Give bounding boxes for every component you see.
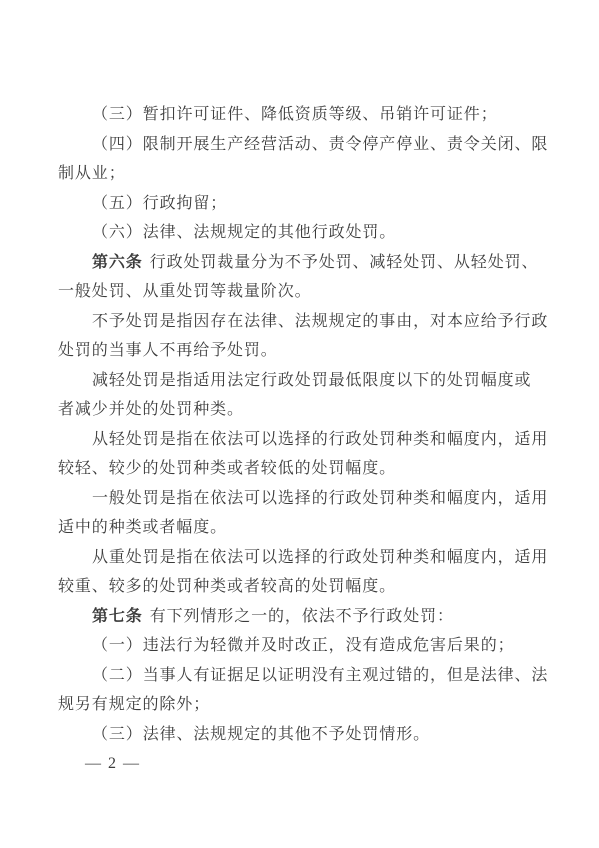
paragraph: 第六条行政处罚裁量分为不予处罚、减轻处罚、从轻处罚、一般处罚、从重处罚等裁量阶次… [58, 248, 559, 307]
text-line: 第六条行政处罚裁量分为不予处罚、减轻处罚、从轻处罚、 [58, 248, 559, 278]
text-line: 处罚的当事人不再给予处罚。 [58, 336, 559, 366]
line-text: 一般处罚、从重处罚等裁量阶次。 [58, 283, 312, 300]
text-line: 第七条有下列情形之一的，依法不予行政处罚： [58, 602, 559, 632]
article-number: 第七条 [92, 608, 143, 625]
paragraph: （二）当事人有证据足以证明没有主观过错的，但是法律、法规另有规定的除外； [58, 661, 559, 720]
text-line: 从轻处罚是指在依法可以选择的行政处罚种类和幅度内，适用 [58, 425, 559, 455]
document-page: （三）暂扣许可证件、降低资质等级、吊销许可证件；（四）限制开展生产经营活动、责令… [0, 0, 599, 848]
line-text: （一）违法行为轻微并及时改正，没有造成危害后果的； [92, 637, 515, 654]
text-line: 制从业； [58, 159, 559, 189]
text-line: 一般处罚是指在依法可以选择的行政处罚种类和幅度内，适用 [58, 484, 559, 514]
text-line: （五）行政拘留； [58, 189, 559, 219]
paragraph: （五）行政拘留； [58, 189, 559, 219]
text-line: （四）限制开展生产经营活动、责令停产停业、责令关闭、限 [58, 130, 559, 160]
text-line: 一般处罚、从重处罚等裁量阶次。 [58, 277, 559, 307]
paragraph: 不予处罚是指因存在法律、法规规定的事由，对本应给予行政处罚的当事人不再给予处罚。 [58, 307, 559, 366]
line-text: 行政处罚裁量分为不予处罚、减轻处罚、从轻处罚、 [150, 254, 539, 271]
line-text: 减轻处罚是指适用法定行政处罚最低限度以下的处罚幅度或 [92, 372, 531, 389]
line-text: （三）法律、法规规定的其他不予处罚情形。 [92, 726, 430, 743]
line-text: 较重、较多的处罚种类或者较高的处罚幅度。 [58, 578, 396, 595]
paragraph: 从轻处罚是指在依法可以选择的行政处罚种类和幅度内，适用较轻、较少的处罚种类或者较… [58, 425, 559, 484]
text-line: （一）违法行为轻微并及时改正，没有造成危害后果的； [58, 631, 559, 661]
paragraph: （四）限制开展生产经营活动、责令停产停业、责令关闭、限制从业； [58, 130, 559, 189]
line-text: 一般处罚是指在依法可以选择的行政处罚种类和幅度内，适用 [92, 490, 548, 507]
line-text: 规另有规定的除外； [58, 696, 210, 713]
line-text: 处罚的当事人不再给予处罚。 [58, 342, 278, 359]
line-text: 从轻处罚是指在依法可以选择的行政处罚种类和幅度内，适用 [92, 431, 548, 448]
line-text: 制从业； [58, 165, 126, 182]
paragraph: 一般处罚是指在依法可以选择的行政处罚种类和幅度内，适用适中的种类或者幅度。 [58, 484, 559, 543]
line-text: 不予处罚是指因存在法律、法规规定的事由，对本应给予行政 [92, 313, 548, 330]
text-line: （三）法律、法规规定的其他不予处罚情形。 [58, 720, 559, 750]
paragraph: （一）违法行为轻微并及时改正，没有造成危害后果的； [58, 631, 559, 661]
line-text: （二）当事人有证据足以证明没有主观过错的，但是法律、法 [92, 667, 548, 684]
text-line: 者减少并处的处罚种类。 [58, 395, 559, 425]
line-text: 从重处罚是指在依法可以选择的行政处罚种类和幅度内，适用 [92, 549, 548, 566]
line-text: （三）暂扣许可证件、降低资质等级、吊销许可证件； [92, 106, 498, 123]
paragraph: （三）法律、法规规定的其他不予处罚情形。 [58, 720, 559, 750]
text-line: 较重、较多的处罚种类或者较高的处罚幅度。 [58, 572, 559, 602]
text-line: （六）法律、法规规定的其他行政处罚。 [58, 218, 559, 248]
paragraph: 从重处罚是指在依法可以选择的行政处罚种类和幅度内，适用较重、较多的处罚种类或者较… [58, 543, 559, 602]
line-text: 较轻、较少的处罚种类或者较低的处罚幅度。 [58, 460, 396, 477]
paragraph: （六）法律、法规规定的其他行政处罚。 [58, 218, 559, 248]
text-line: 规另有规定的除外； [58, 690, 559, 720]
line-text: （四）限制开展生产经营活动、责令停产停业、责令关闭、限 [92, 136, 548, 153]
line-text: 适中的种类或者幅度。 [58, 519, 227, 536]
text-line: 不予处罚是指因存在法律、法规规定的事由，对本应给予行政 [58, 307, 559, 337]
page-number: — 2 — [58, 749, 559, 779]
article-number: 第六条 [92, 254, 143, 271]
text-line: 较轻、较少的处罚种类或者较低的处罚幅度。 [58, 454, 559, 484]
text-line: （三）暂扣许可证件、降低资质等级、吊销许可证件； [58, 100, 559, 130]
line-text: 者减少并处的处罚种类。 [58, 401, 244, 418]
text-line: 从重处罚是指在依法可以选择的行政处罚种类和幅度内，适用 [58, 543, 559, 573]
paragraph: 减轻处罚是指适用法定行政处罚最低限度以下的处罚幅度或者减少并处的处罚种类。 [58, 366, 559, 425]
text-line: 适中的种类或者幅度。 [58, 513, 559, 543]
paragraph: 第七条有下列情形之一的，依法不予行政处罚： [58, 602, 559, 632]
line-text: 有下列情形之一的，依法不予行政处罚： [150, 608, 454, 625]
line-text: （六）法律、法规规定的其他行政处罚。 [92, 224, 396, 241]
text-line: （二）当事人有证据足以证明没有主观过错的，但是法律、法 [58, 661, 559, 691]
text-line: 减轻处罚是指适用法定行政处罚最低限度以下的处罚幅度或 [58, 366, 559, 396]
document-body: （三）暂扣许可证件、降低资质等级、吊销许可证件；（四）限制开展生产经营活动、责令… [58, 100, 559, 749]
line-text: （五）行政拘留； [92, 195, 227, 212]
paragraph: （三）暂扣许可证件、降低资质等级、吊销许可证件； [58, 100, 559, 130]
